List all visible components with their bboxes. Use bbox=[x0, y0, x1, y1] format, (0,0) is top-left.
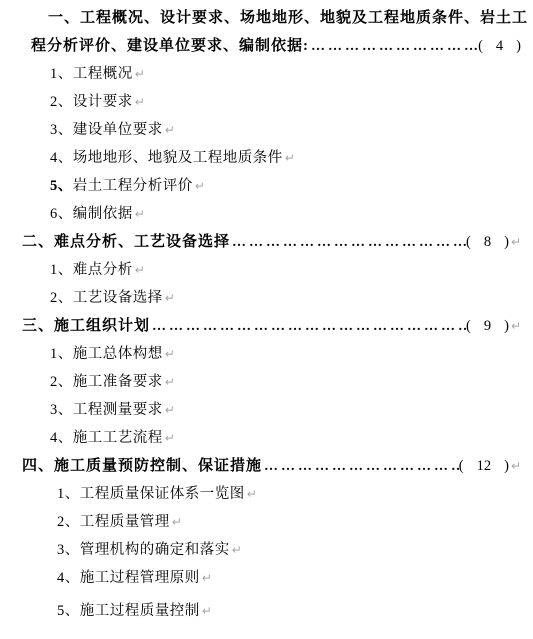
toc-item: 1、施工总体构想↵ bbox=[0, 340, 533, 368]
toc-item: 3、工程测量要求↵ bbox=[0, 396, 533, 424]
toc-heading-3-text: 三、施工组织计划 bbox=[22, 312, 150, 340]
toc-item: 4、施工过程管理原则↵ bbox=[0, 564, 533, 592]
paragraph-mark-icon: ↵ bbox=[133, 95, 145, 109]
toc-item-number: 2、 bbox=[50, 374, 73, 390]
toc-item: 2、施工准备要求↵ bbox=[0, 368, 533, 396]
toc-item-text: 施工过程管理原则 bbox=[80, 570, 200, 586]
close-paren: ) bbox=[516, 38, 521, 54]
paragraph-mark-icon: ↵ bbox=[163, 403, 175, 417]
dot-leader: …………………………………………………………………………………… bbox=[150, 313, 466, 341]
page-number: (9) bbox=[466, 312, 509, 340]
toc-item-text: 场地地形、地貌及工程地质条件 bbox=[73, 150, 283, 166]
toc-item-number: 4、 bbox=[57, 570, 80, 586]
toc-item-number: 3、 bbox=[50, 402, 73, 418]
dot-leader: …………………………………………………………………………………… bbox=[262, 453, 459, 481]
toc-item-text: 施工工艺流程 bbox=[73, 430, 163, 446]
toc-item-text: 施工过程质量控制 bbox=[80, 603, 200, 619]
page-number: (4) bbox=[478, 32, 521, 60]
document-page: 一、工程概况、设计要求、场地地形、地貌及工程地质条件、岩土工 程分析评价、建设单… bbox=[0, 0, 533, 639]
toc-heading-2: 二、难点分析、工艺设备选择 ……………………………………………………………………… bbox=[0, 228, 533, 256]
toc-item-number: 5、 bbox=[50, 178, 73, 194]
paragraph-mark-icon: ↵ bbox=[245, 487, 257, 501]
toc-item: 2、工艺设备选择↵ bbox=[0, 284, 533, 312]
toc-item-number: 2、 bbox=[57, 514, 80, 530]
paragraph-mark-icon: ↵ bbox=[200, 571, 212, 585]
toc-item-number: 6、 bbox=[50, 206, 73, 222]
toc-item-text: 工程测量要求 bbox=[73, 402, 163, 418]
paragraph-mark-icon: ↵ bbox=[509, 312, 521, 340]
toc-item: 1、工程概况↵ bbox=[0, 60, 533, 88]
toc-item-text: 工程概况 bbox=[73, 66, 133, 82]
page-number-value: 12 bbox=[464, 452, 505, 480]
toc-heading-4-text: 四、施工质量预防控制、保证措施 bbox=[22, 452, 262, 480]
toc-item-number: 4、 bbox=[50, 150, 73, 166]
toc-item: 3、管理机构的确定和落实↵ bbox=[0, 536, 533, 564]
toc-heading-1-line1: 一、工程概况、设计要求、场地地形、地貌及工程地质条件、岩土工 bbox=[0, 4, 533, 32]
toc-item-text: 岩土工程分析评价 bbox=[73, 178, 193, 194]
paragraph-mark-icon: ↵ bbox=[163, 123, 175, 137]
toc-heading-1-line2: 程分析评价、建设单位要求、编制依据: ………………………………………………………… bbox=[0, 32, 533, 60]
toc-item-number: 5、 bbox=[57, 603, 80, 619]
toc-item: 4、施工工艺流程↵ bbox=[0, 424, 533, 452]
toc-item-text: 管理机构的确定和落实 bbox=[80, 542, 230, 558]
toc-item-text: 难点分析 bbox=[73, 262, 133, 278]
toc-item: 2、工程质量管理↵ bbox=[0, 508, 533, 536]
toc-heading-2-text: 二、难点分析、工艺设备选择 bbox=[22, 228, 230, 256]
toc-item-number: 1、 bbox=[57, 486, 80, 502]
toc-item: 4、场地地形、地貌及工程地质条件↵ bbox=[0, 144, 533, 172]
paragraph-mark-icon: ↵ bbox=[133, 263, 145, 277]
page-number-value: 4 bbox=[483, 32, 516, 60]
dot-leader: …………………………………………………………………………………… bbox=[230, 229, 466, 257]
toc-item-number: 2、 bbox=[50, 290, 73, 306]
toc-item-number: 4、 bbox=[50, 430, 73, 446]
toc-item-number: 1、 bbox=[50, 346, 73, 362]
paragraph-mark-icon: ↵ bbox=[509, 228, 521, 256]
toc-item-text: 施工总体构想 bbox=[73, 346, 163, 362]
toc-item-text: 施工准备要求 bbox=[73, 374, 163, 390]
paragraph-mark-icon: ↵ bbox=[170, 515, 182, 529]
paragraph-mark-icon: ↵ bbox=[283, 151, 295, 165]
toc-item: 5、施工过程质量控制↵ bbox=[0, 597, 533, 625]
toc-item-text: 工程质量管理 bbox=[80, 514, 170, 530]
toc-item-number: 3、 bbox=[57, 542, 80, 558]
page-number-value: 8 bbox=[471, 228, 504, 256]
toc-item: 6、编制依据↵ bbox=[0, 200, 533, 228]
paragraph-mark-icon: ↵ bbox=[509, 452, 521, 480]
toc-item: 3、建设单位要求↵ bbox=[0, 116, 533, 144]
toc-item-text: 工艺设备选择 bbox=[73, 290, 163, 306]
paragraph-mark-icon: ↵ bbox=[163, 347, 175, 361]
toc-heading-1-line2-text: 程分析评价、建设单位要求、编制依据: bbox=[31, 32, 309, 60]
toc-item: 1、难点分析↵ bbox=[0, 256, 533, 284]
paragraph-mark-icon: ↵ bbox=[133, 67, 145, 81]
paragraph-mark-icon: ↵ bbox=[193, 179, 205, 193]
page-number: (8) bbox=[466, 228, 509, 256]
toc-item-text: 编制依据 bbox=[73, 206, 133, 222]
toc-heading-4: 四、施工质量预防控制、保证措施 ………………………………………………………………… bbox=[0, 452, 533, 480]
toc-item-text: 设计要求 bbox=[73, 94, 133, 110]
toc-item-text: 工程质量保证体系一览图 bbox=[80, 486, 245, 502]
toc-heading-3: 三、施工组织计划 …………………………………………………………………………………… bbox=[0, 312, 533, 340]
dot-leader: …………………………………………………………………………………… bbox=[309, 33, 478, 61]
toc-item: 2、设计要求↵ bbox=[0, 88, 533, 116]
toc-item: 1、工程质量保证体系一览图↵ bbox=[0, 480, 533, 508]
page-number: (12) bbox=[459, 452, 509, 480]
paragraph-mark-icon: ↵ bbox=[163, 431, 175, 445]
paragraph-mark-icon: ↵ bbox=[133, 207, 145, 221]
paragraph-mark-icon: ↵ bbox=[163, 375, 175, 389]
paragraph-mark-icon: ↵ bbox=[230, 543, 242, 557]
toc-item-number: 2、 bbox=[50, 94, 73, 110]
toc-item-text: 建设单位要求 bbox=[73, 122, 163, 138]
page-number-value: 9 bbox=[471, 312, 504, 340]
toc-item-number: 1、 bbox=[50, 66, 73, 82]
paragraph-mark-icon: ↵ bbox=[200, 604, 212, 618]
toc-item-number: 1、 bbox=[50, 262, 73, 278]
toc-item: 5、岩土工程分析评价↵ bbox=[0, 172, 533, 200]
paragraph-mark-icon: ↵ bbox=[163, 291, 175, 305]
toc-item-number: 3、 bbox=[50, 122, 73, 138]
